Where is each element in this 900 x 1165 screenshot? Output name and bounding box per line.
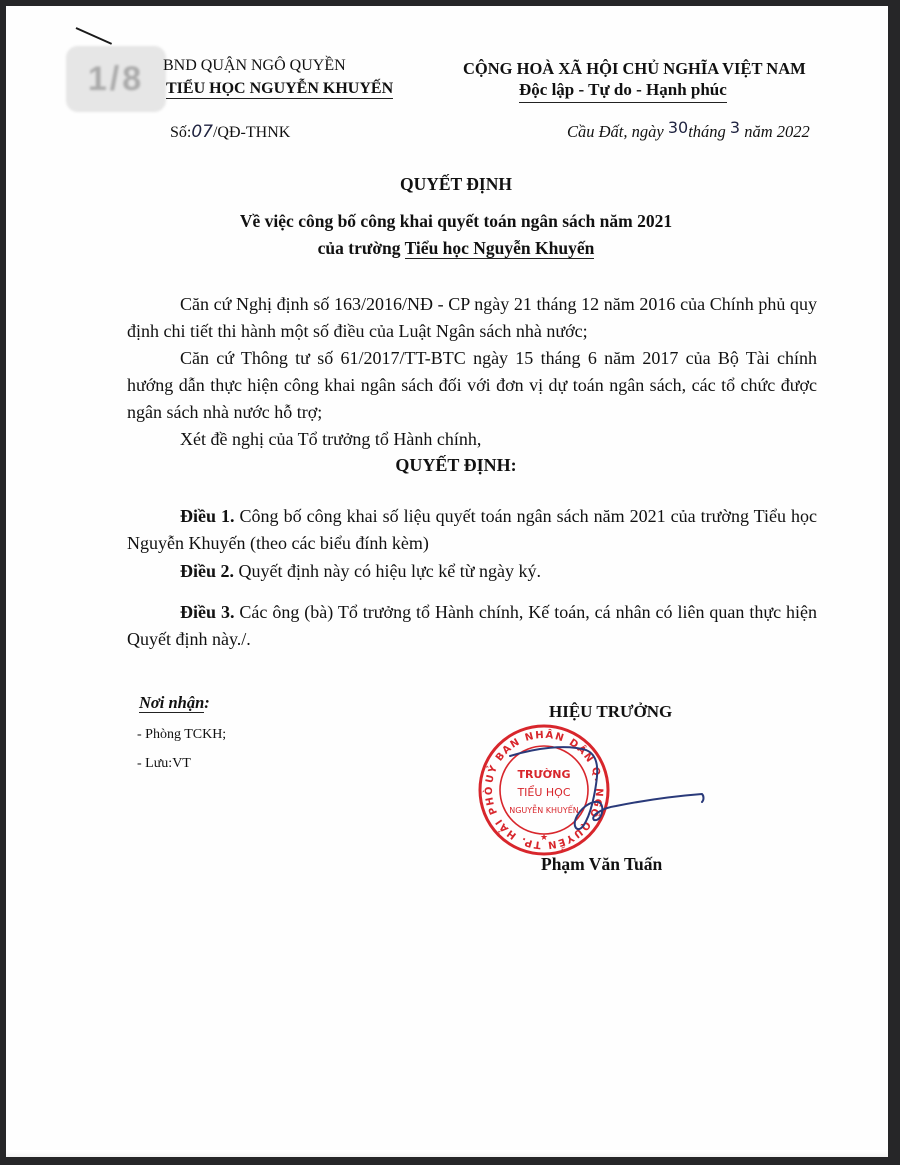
recipient-item: - Lưu:VT <box>137 756 191 772</box>
recipients-colon: : <box>204 693 210 712</box>
month-label: tháng <box>688 122 730 141</box>
month-handwritten: 3 <box>730 118 740 137</box>
document-subject-line-2: của trường Tiểu học Nguyễn Khuyến <box>6 238 900 259</box>
decision-heading: QUYẾT ĐỊNH: <box>6 455 900 476</box>
national-motto: Độc lập - Tự do - Hạnh phúc <box>519 80 727 103</box>
day-handwritten: 30 <box>668 118 688 137</box>
number-suffix: /QĐ-THNK <box>213 124 290 141</box>
article-3: Điều 3. Các ông (bà) Tổ trưởng tổ Hành c… <box>127 599 817 653</box>
year-label: năm 2022 <box>740 122 810 141</box>
school-name-header: TIỂU HỌC NGUYỄN KHUYẾN <box>166 80 393 98</box>
article-2: Điều 2. Quyết định này có hiệu lực kể từ… <box>127 558 817 585</box>
recipients-label: Nơi nhận <box>139 693 204 713</box>
preamble-decree: Căn cứ Nghị định số 163/2016/NĐ - CP ngà… <box>127 291 817 345</box>
date-prefix: Cầu Đất, ngày <box>567 122 668 141</box>
subject-prefix: của trường <box>318 238 405 258</box>
article-3-label: Điều 3. <box>180 602 234 622</box>
recipients-title: Nơi nhận: <box>139 693 210 713</box>
document-number: Số:07/QĐ-THNK <box>170 122 290 142</box>
preamble-proposal: Xét đề nghị của Tổ trưởng tổ Hành chính, <box>127 426 817 453</box>
recipient-item: - Phòng TCKH; <box>137 727 226 743</box>
number-label: Số: <box>170 124 191 141</box>
page-counter-overlay: 1/8 <box>66 46 166 112</box>
school-name: TIỂU HỌC NGUYỄN KHUYẾN <box>166 80 393 99</box>
article-1: Điều 1. Công bố công khai số liệu quyết … <box>127 503 817 557</box>
issue-date: Cầu Đất, ngày 30tháng 3 năm 2022 <box>567 122 810 142</box>
handwritten-signature-icon <box>506 736 706 846</box>
document-subject-line-1: Về việc công bố công khai quyết toán ngâ… <box>6 211 900 232</box>
signer-name: Phạm Văn Tuấn <box>541 854 662 875</box>
subject-school: Tiểu học Nguyễn Khuyến <box>405 238 595 259</box>
national-title: CỘNG HOÀ XÃ HỘI CHỦ NGHĨA VIỆT NAM <box>463 59 806 79</box>
document-title: QUYẾT ĐỊNH <box>6 174 900 195</box>
preamble-circular: Căn cứ Thông tư số 61/2017/TT-BTC ngày 1… <box>127 345 817 426</box>
article-1-label: Điều 1. <box>180 506 235 526</box>
signer-role: HIỆU TRƯỞNG <box>549 702 672 722</box>
document-page: 1/8 BND QUẬN NGÔ QUYỀN TIỂU HỌC NGUYỄN K… <box>6 6 888 1157</box>
article-2-label: Điều 2. <box>180 561 234 581</box>
pencil-mark <box>76 27 112 45</box>
number-handwritten: 07 <box>191 122 213 142</box>
article-2-text: Quyết định này có hiệu lực kể từ ngày ký… <box>234 561 541 581</box>
issuing-agency: BND QUẬN NGÔ QUYỀN <box>163 57 346 75</box>
